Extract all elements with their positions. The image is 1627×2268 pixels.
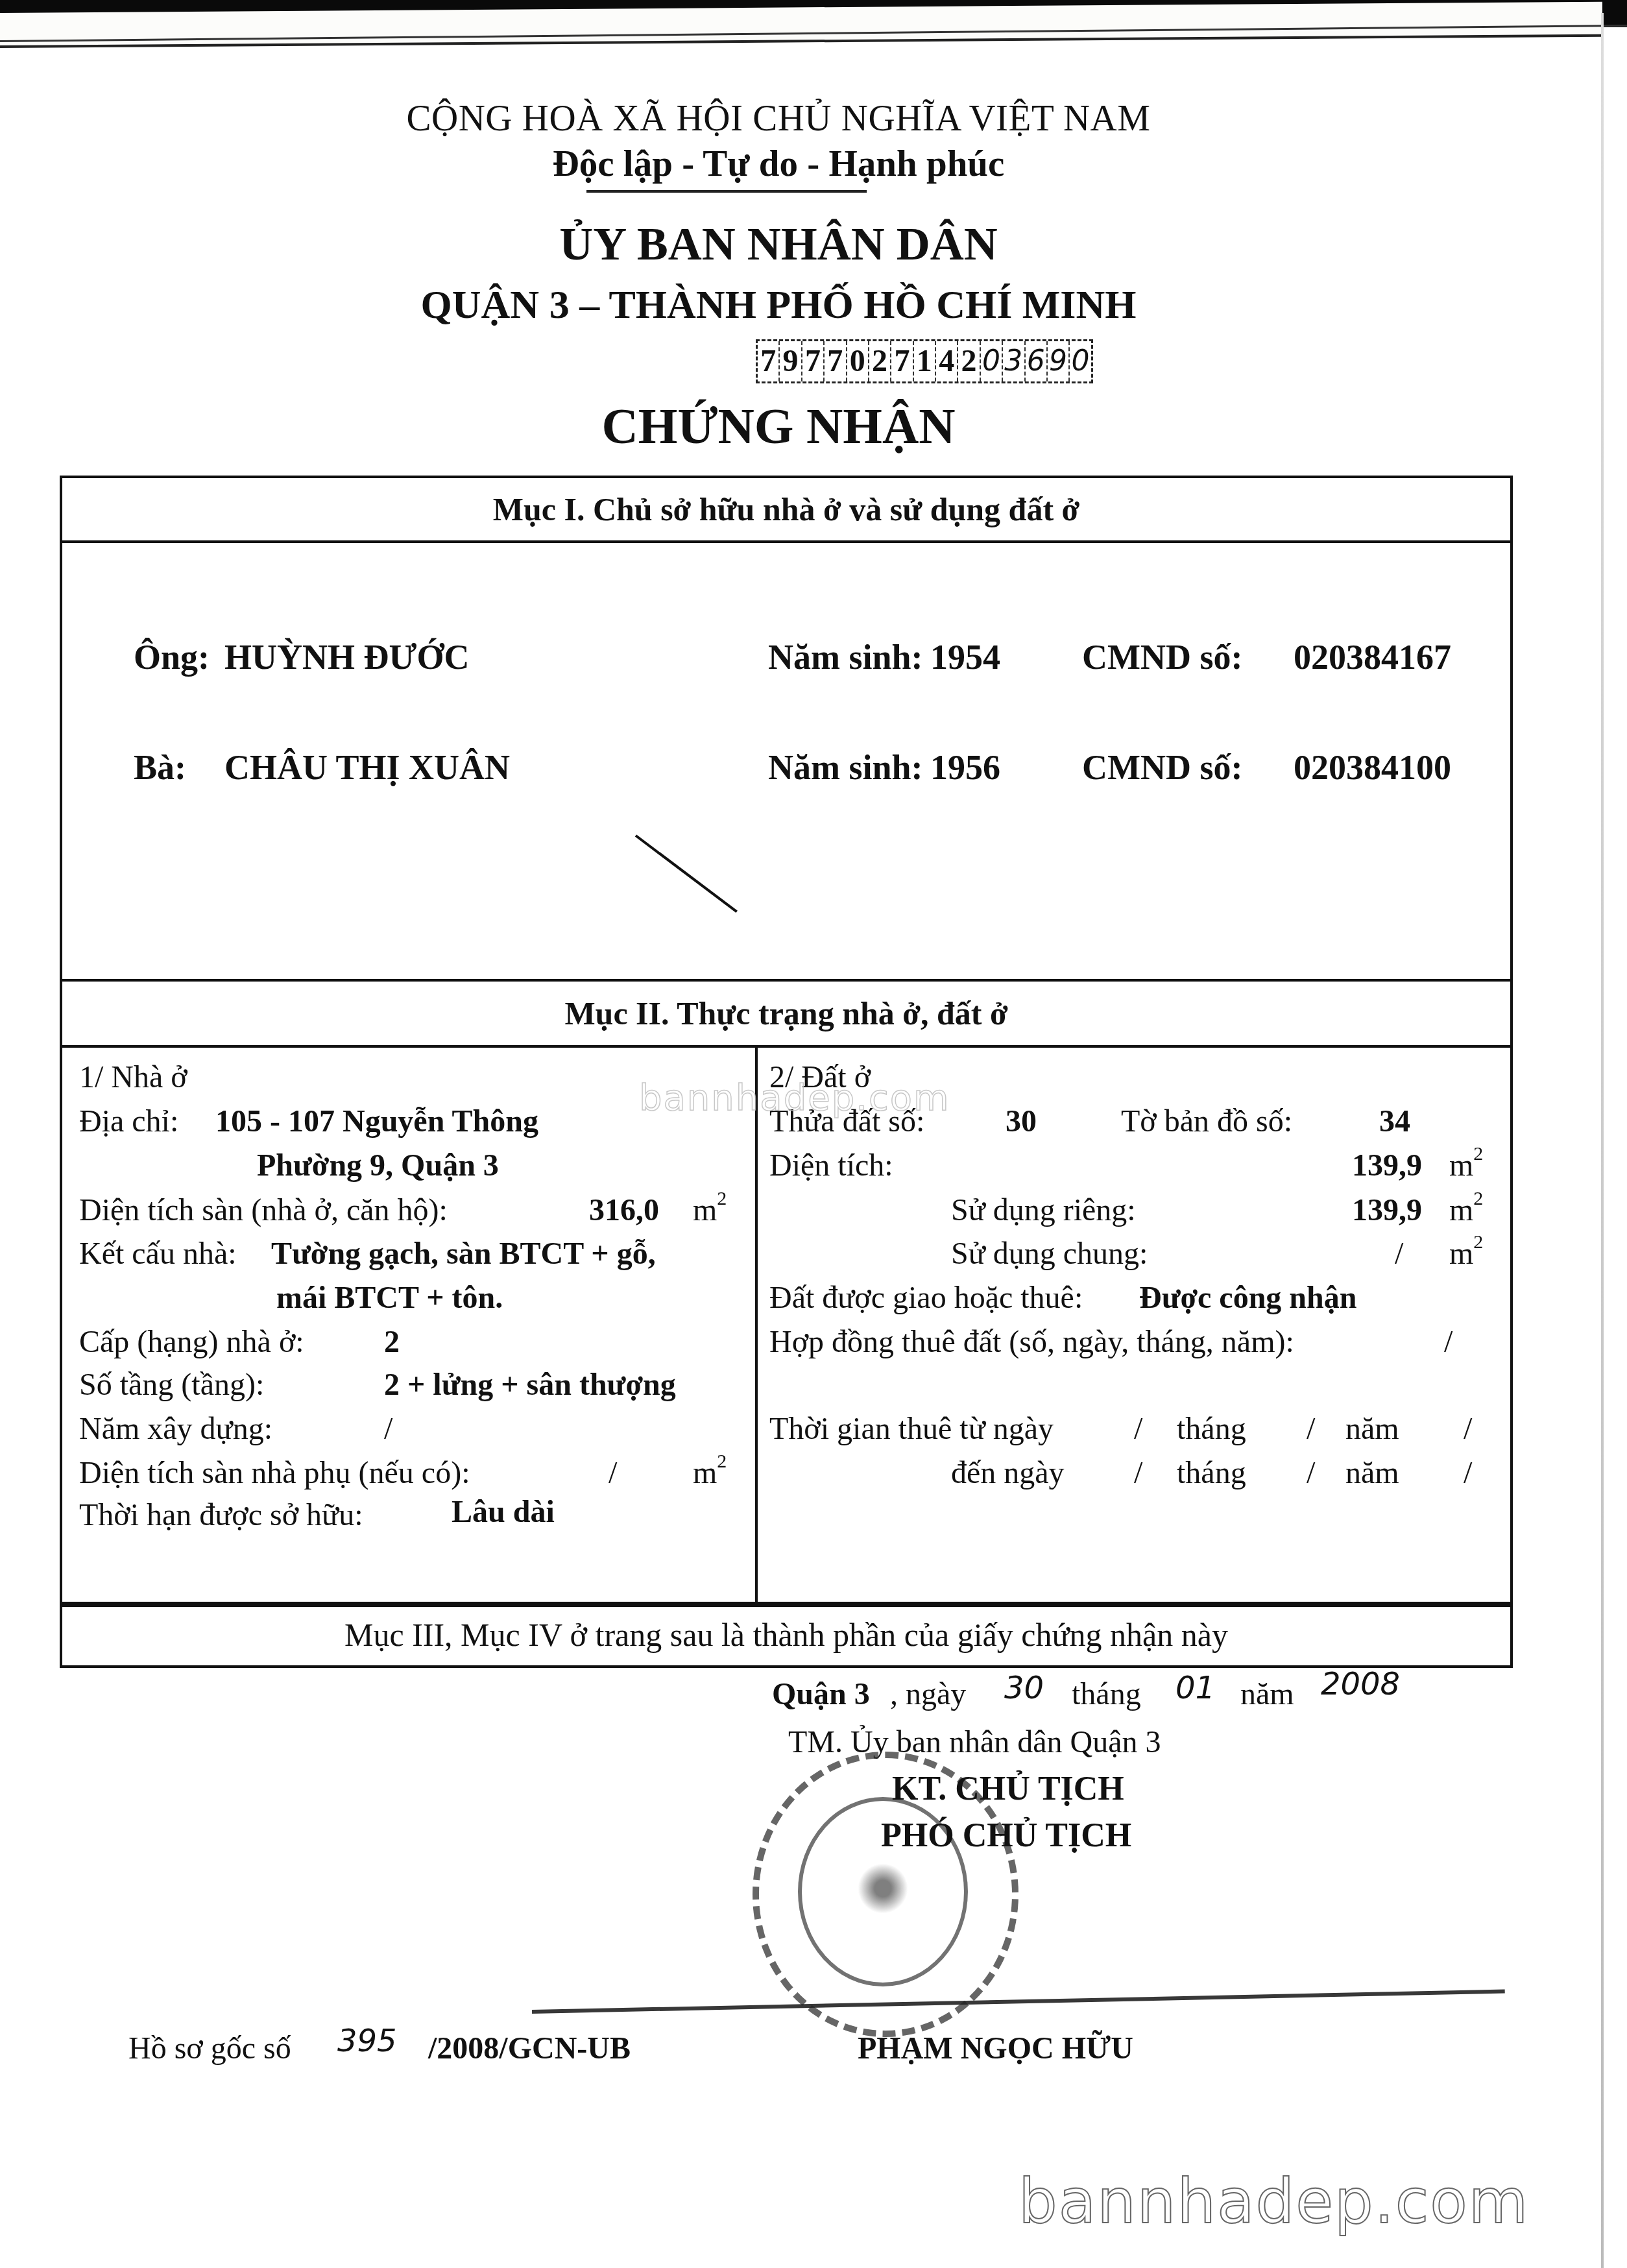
lease-to-month-label: tháng (1177, 1455, 1246, 1491)
unit-text: m (693, 1456, 717, 1490)
serial-digit: 7 (891, 341, 913, 381)
shared-use-unit: m2 (1449, 1236, 1483, 1272)
land-area-label: Diện tích: (769, 1148, 893, 1183)
paper-right-edge (1601, 13, 1604, 2268)
motto-underline (586, 190, 867, 193)
lease-contract-value: / (1444, 1324, 1452, 1360)
floors-value: 2 + lửng + sân thượng (384, 1367, 676, 1403)
aux-area-value: / (609, 1455, 617, 1491)
address-line-1: 105 - 107 Nguyễn Thông (215, 1104, 538, 1139)
map-sheet-value: 34 (1379, 1104, 1410, 1139)
signing-place: Quận 3 (772, 1676, 870, 1712)
owner-2-id-number: 020384100 (1294, 747, 1451, 788)
private-use-value: 139,9 (1352, 1192, 1422, 1228)
signing-month: 01 (1175, 1670, 1215, 1706)
built-year-label: Năm xây dựng: (79, 1411, 272, 1447)
owner-2-name: CHÂU THỊ XUÂN (224, 747, 510, 788)
lease-from-label: Thời gian thuê từ ngày (769, 1411, 1054, 1447)
serial-digit: 1 (914, 341, 936, 381)
section-property-status: Mục II. Thực trạng nhà ở, đất ở 1/ Nhà ở… (60, 979, 1513, 1607)
unit-text: m (1449, 1237, 1473, 1271)
grade-label: Cấp (hạng) nhà ở: (79, 1324, 304, 1360)
signer-role-2: PHÓ CHỦ TỊCH (881, 1816, 1131, 1855)
serial-digit: 7 (825, 341, 847, 381)
owner-1-name: HUỲNH ĐƯỚC (224, 637, 469, 677)
lease-to-month: / (1307, 1455, 1315, 1491)
owner-2-id-label: CMND số: (1082, 747, 1242, 788)
serial-digit: 2 (958, 341, 980, 381)
owner-1-birth-label: Năm sinh: (768, 637, 923, 677)
signing-day: 30 (1004, 1670, 1044, 1706)
owner-1-id-number: 020384167 (1294, 637, 1451, 677)
signing-month-label: tháng (1072, 1676, 1141, 1712)
owner-2-birth-year: 1956 (930, 747, 1000, 788)
lease-to-day: / (1134, 1455, 1142, 1491)
signing-year: 2008 (1321, 1666, 1400, 1702)
signing-year-label: năm (1240, 1676, 1294, 1712)
ownership-term-label: Thời hạn được sở hữu: (79, 1497, 363, 1533)
serial-digit: 3 (1003, 341, 1025, 381)
section-property-heading: Mục II. Thực trạng nhà ở, đất ở (62, 982, 1510, 1048)
lease-from-year: / (1464, 1411, 1472, 1447)
private-use-unit: m2 (1449, 1192, 1483, 1228)
land-area-value: 139,9 (1352, 1148, 1422, 1183)
serial-digit: 4 (936, 341, 958, 381)
serial-digit: 0 (981, 341, 1003, 381)
serial-number-box: 797702714203690 (756, 339, 1093, 383)
section-owners: Mục I. Chủ sở hữu nhà ở và sử dụng đất ở… (60, 476, 1513, 982)
built-year-value: / (384, 1411, 392, 1447)
shared-use-label: Sử dụng chung: (951, 1236, 1148, 1272)
lease-contract-label: Hợp đồng thuê đất (số, ngày, tháng, năm)… (769, 1324, 1294, 1360)
floor-area-value: 316,0 (589, 1192, 659, 1228)
signer-name: PHẠM NGỌC HỮU (858, 2031, 1133, 2066)
unit-text: m (1449, 1193, 1473, 1227)
nation-title: CỘNG HOÀ XÃ HỘI CHỦ NGHĨA VIỆT NAM (0, 97, 1557, 139)
private-use-label: Sử dụng riêng: (951, 1192, 1136, 1228)
serial-digit: 0 (1070, 341, 1091, 381)
national-emblem-icon (857, 1856, 909, 1921)
aux-area-label: Diện tích sàn nhà phụ (nếu có): (79, 1455, 470, 1491)
address-line-2: Phường 9, Quận 3 (257, 1148, 499, 1183)
shared-use-value: / (1395, 1236, 1403, 1272)
serial-digit: 7 (802, 341, 825, 381)
unit-text: m (693, 1193, 717, 1227)
column-divider (755, 1048, 758, 1604)
owner-1-birth-year: 1954 (930, 637, 1000, 677)
serial-digit: 7 (758, 341, 780, 381)
national-motto: Độc lập - Tự do - Hạnh phúc (0, 143, 1557, 185)
certificate-title: CHỨNG NHẬN (0, 397, 1557, 455)
record-suffix: /2008/GCN-UB (428, 2031, 631, 2066)
serial-digit: 0 (847, 341, 869, 381)
owner-2-birth-label: Năm sinh: (768, 747, 923, 788)
allocation-value: Được công nhận (1139, 1280, 1356, 1316)
serial-digit: 9 (780, 341, 802, 381)
lease-from-month: / (1307, 1411, 1315, 1447)
lease-to-label: đến ngày (951, 1455, 1065, 1491)
signature-stroke (532, 1990, 1505, 2014)
signer-role-1: KT. CHỦ TỊCH (892, 1770, 1124, 1808)
record-label: Hồ sơ gốc số (128, 2031, 291, 2066)
lease-to-year-label: năm (1345, 1455, 1399, 1491)
grade-value: 2 (384, 1324, 400, 1360)
structure-line-1: Tường gạch, sàn BTCT + gỗ, (271, 1236, 656, 1272)
map-sheet-label: Tờ bản đồ số: (1121, 1104, 1292, 1139)
lease-from-month-label: tháng (1177, 1411, 1246, 1447)
owner-2-title: Bà: (134, 747, 186, 788)
floors-label: Số tầng (tầng): (79, 1367, 264, 1403)
floor-area-label: Diện tích sàn (nhà ở, căn hộ): (79, 1192, 448, 1228)
plot-value: 30 (1006, 1104, 1037, 1139)
watermark-center: bannhadep.com (639, 1077, 950, 1119)
structure-line-2: mái BTCT + tôn. (276, 1280, 503, 1316)
floor-area-unit: m2 (693, 1192, 727, 1228)
unit-text: m (1449, 1148, 1473, 1183)
record-number: 395 (337, 2023, 397, 2059)
allocation-label: Đất được giao hoặc thuê: (769, 1280, 1083, 1316)
land-area-unit: m2 (1449, 1148, 1483, 1183)
lease-from-year-label: năm (1345, 1411, 1399, 1447)
lease-from-day: / (1134, 1411, 1142, 1447)
serial-digit: 9 (1048, 341, 1070, 381)
structure-label: Kết cấu nhà: (79, 1236, 237, 1272)
serial-digit: 6 (1026, 341, 1048, 381)
watermark-bottom: bannhadep.com (1018, 2167, 1529, 2238)
signing-day-label: , ngày (890, 1676, 966, 1712)
aux-area-unit: m2 (693, 1455, 727, 1491)
owner-1-id-label: CMND số: (1082, 637, 1242, 677)
serial-digit: 2 (869, 341, 891, 381)
owner-1-title: Ông: (134, 637, 210, 677)
section-note: Mục III, Mục IV ở trang sau là thành phầ… (60, 1602, 1513, 1668)
issuing-district: QUẬN 3 – THÀNH PHỐ HỒ CHÍ MINH (0, 282, 1557, 328)
house-heading: 1/ Nhà ở (79, 1059, 187, 1095)
on-behalf-of: TM. Ủy ban nhân dân Quận 3 (788, 1724, 1161, 1760)
section-owners-heading: Mục I. Chủ sở hữu nhà ở và sử dụng đất ở (62, 478, 1510, 543)
ownership-term-value: Lâu dài (452, 1494, 555, 1530)
address-label: Địa chỉ: (79, 1104, 178, 1139)
lease-to-year: / (1464, 1455, 1472, 1491)
issuing-council: ỦY BAN NHÂN DÂN (0, 217, 1557, 271)
